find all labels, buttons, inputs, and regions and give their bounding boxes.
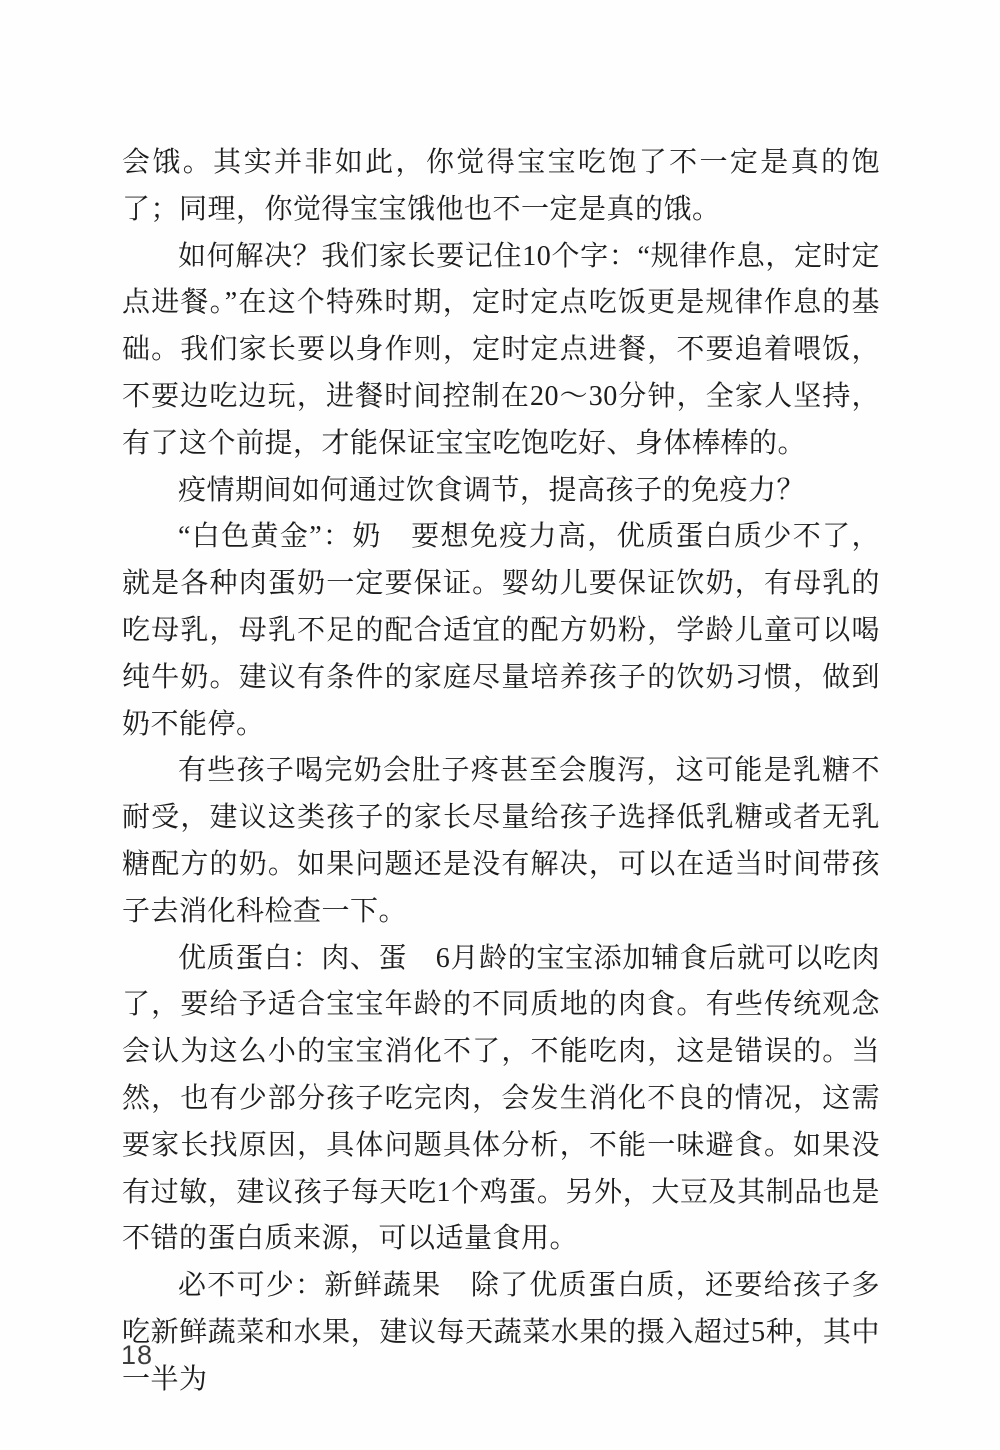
body-paragraph: 有些孩子喝完奶会肚子疼甚至会腹泻，这可能是乳糖不耐受，建议这类孩子的家长尽量给孩…: [122, 748, 880, 935]
page-number: 18: [121, 1340, 153, 1371]
body-text: 会饿。其实并非如此，你觉得宝宝吃饱了不一定是真的饱了；同理，你觉得宝宝饿他也不一…: [122, 140, 880, 1404]
body-paragraph: 必不可少：新鲜蔬果 除了优质蛋白质，还要给孩子多吃新鲜蔬菜和水果，建议每天蔬菜水…: [122, 1263, 880, 1403]
body-paragraph: 如何解决？我们家长要记住10个字：“规律作息，定时定点进餐。”在这个特殊时期，定…: [122, 234, 880, 468]
body-paragraph: 优质蛋白：肉、蛋 6月龄的宝宝添加辅食后就可以吃肉了，要给予适合宝宝年龄的不同质…: [122, 936, 880, 1264]
book-page: 会饿。其实并非如此，你觉得宝宝吃饱了不一定是真的饱了；同理，你觉得宝宝饿他也不一…: [0, 0, 1000, 1450]
body-paragraph: 会饿。其实并非如此，你觉得宝宝吃饱了不一定是真的饱了；同理，你觉得宝宝饿他也不一…: [122, 140, 880, 234]
body-paragraph: “白色黄金”：奶 要想免疫力高，优质蛋白质少不了，就是各种肉蛋奶一定要保证。婴幼…: [122, 514, 880, 748]
body-paragraph: 疫情期间如何通过饮食调节，提高孩子的免疫力？: [122, 468, 880, 515]
